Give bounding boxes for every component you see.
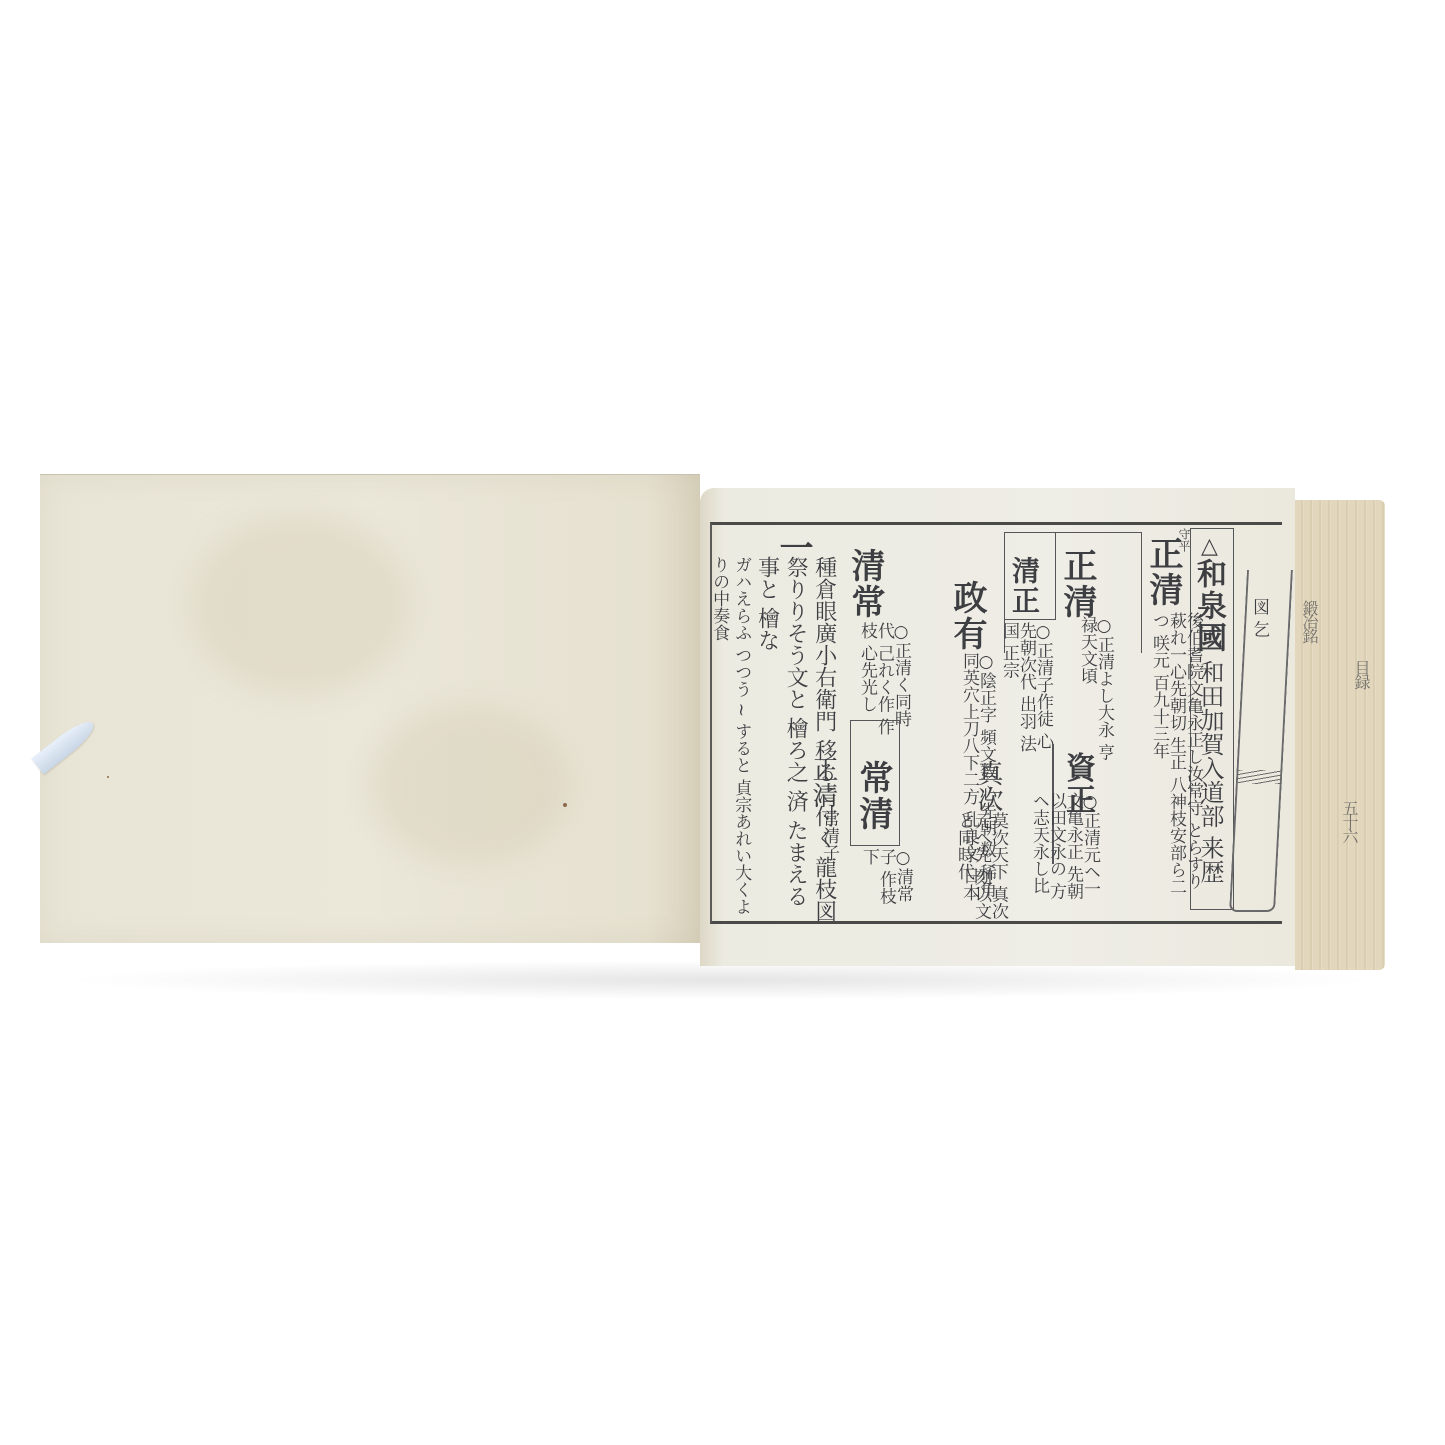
paper-stain <box>370 705 570 865</box>
column-text: ガハえらふ つつう ~ すると 貞宗あれい大くよりの中奏食 <box>708 556 752 926</box>
paper-stain <box>190 515 410 695</box>
book-shadow <box>60 960 1380 1000</box>
column-text: ○正清元ヘ一 文亀永正 先朝以田文永の 方ヘ志天永し比 <box>1030 792 1098 912</box>
page-fore-edge <box>1295 500 1385 970</box>
left-blank-page <box>40 474 700 943</box>
book-photo: △ 和泉國 和田加賀入道部 来歴 図 乞 守平 正清 後伯耆院文亀永正し汝常守 … <box>0 0 1445 1445</box>
paper-speck <box>107 776 109 778</box>
column-text: 種倉眼廣小右衛門 移るに付く 龍枝図 祭りりそう文と 檜ろ之 済 たまえる 事と… <box>752 556 838 926</box>
fore-edge-ink: 鍛冶銘 <box>1300 600 1318 642</box>
column-heading: 常清 <box>856 760 890 832</box>
paper-speck <box>563 803 567 807</box>
column-heading: 清正 <box>1010 556 1038 616</box>
column-text: ○正清子作徒 心先朝次代 出羽 法国 正宗 <box>1000 622 1051 762</box>
sword-hatch <box>1238 770 1282 784</box>
fore-edge-ink: 目録 <box>1352 660 1370 688</box>
column-text: ○正清よし大永 亨禄天文頃 <box>1078 616 1112 766</box>
column-text: 莫次天下 真次元ヘ先 刻以文と同時代 <box>955 812 1006 922</box>
column-text: ○清常子 作枝下 <box>860 848 911 918</box>
column-text: 後伯耆院文亀永正し汝常守 とらすり萩れ一心先朝切 生正 八神枝安部ら二つ 咲元 … <box>1150 612 1201 902</box>
fore-edge-ink: 五十六 <box>1340 800 1358 842</box>
sword-label: 図 乞 <box>1250 598 1267 637</box>
column-heading: 正清 <box>1060 548 1094 620</box>
column-heading: 真次 <box>975 760 1001 812</box>
header-marker: △ <box>1198 534 1220 559</box>
column-heading: 清常 <box>848 548 882 620</box>
column-heading: 政有 <box>950 580 984 652</box>
column-heading: 正清 <box>1146 536 1180 608</box>
